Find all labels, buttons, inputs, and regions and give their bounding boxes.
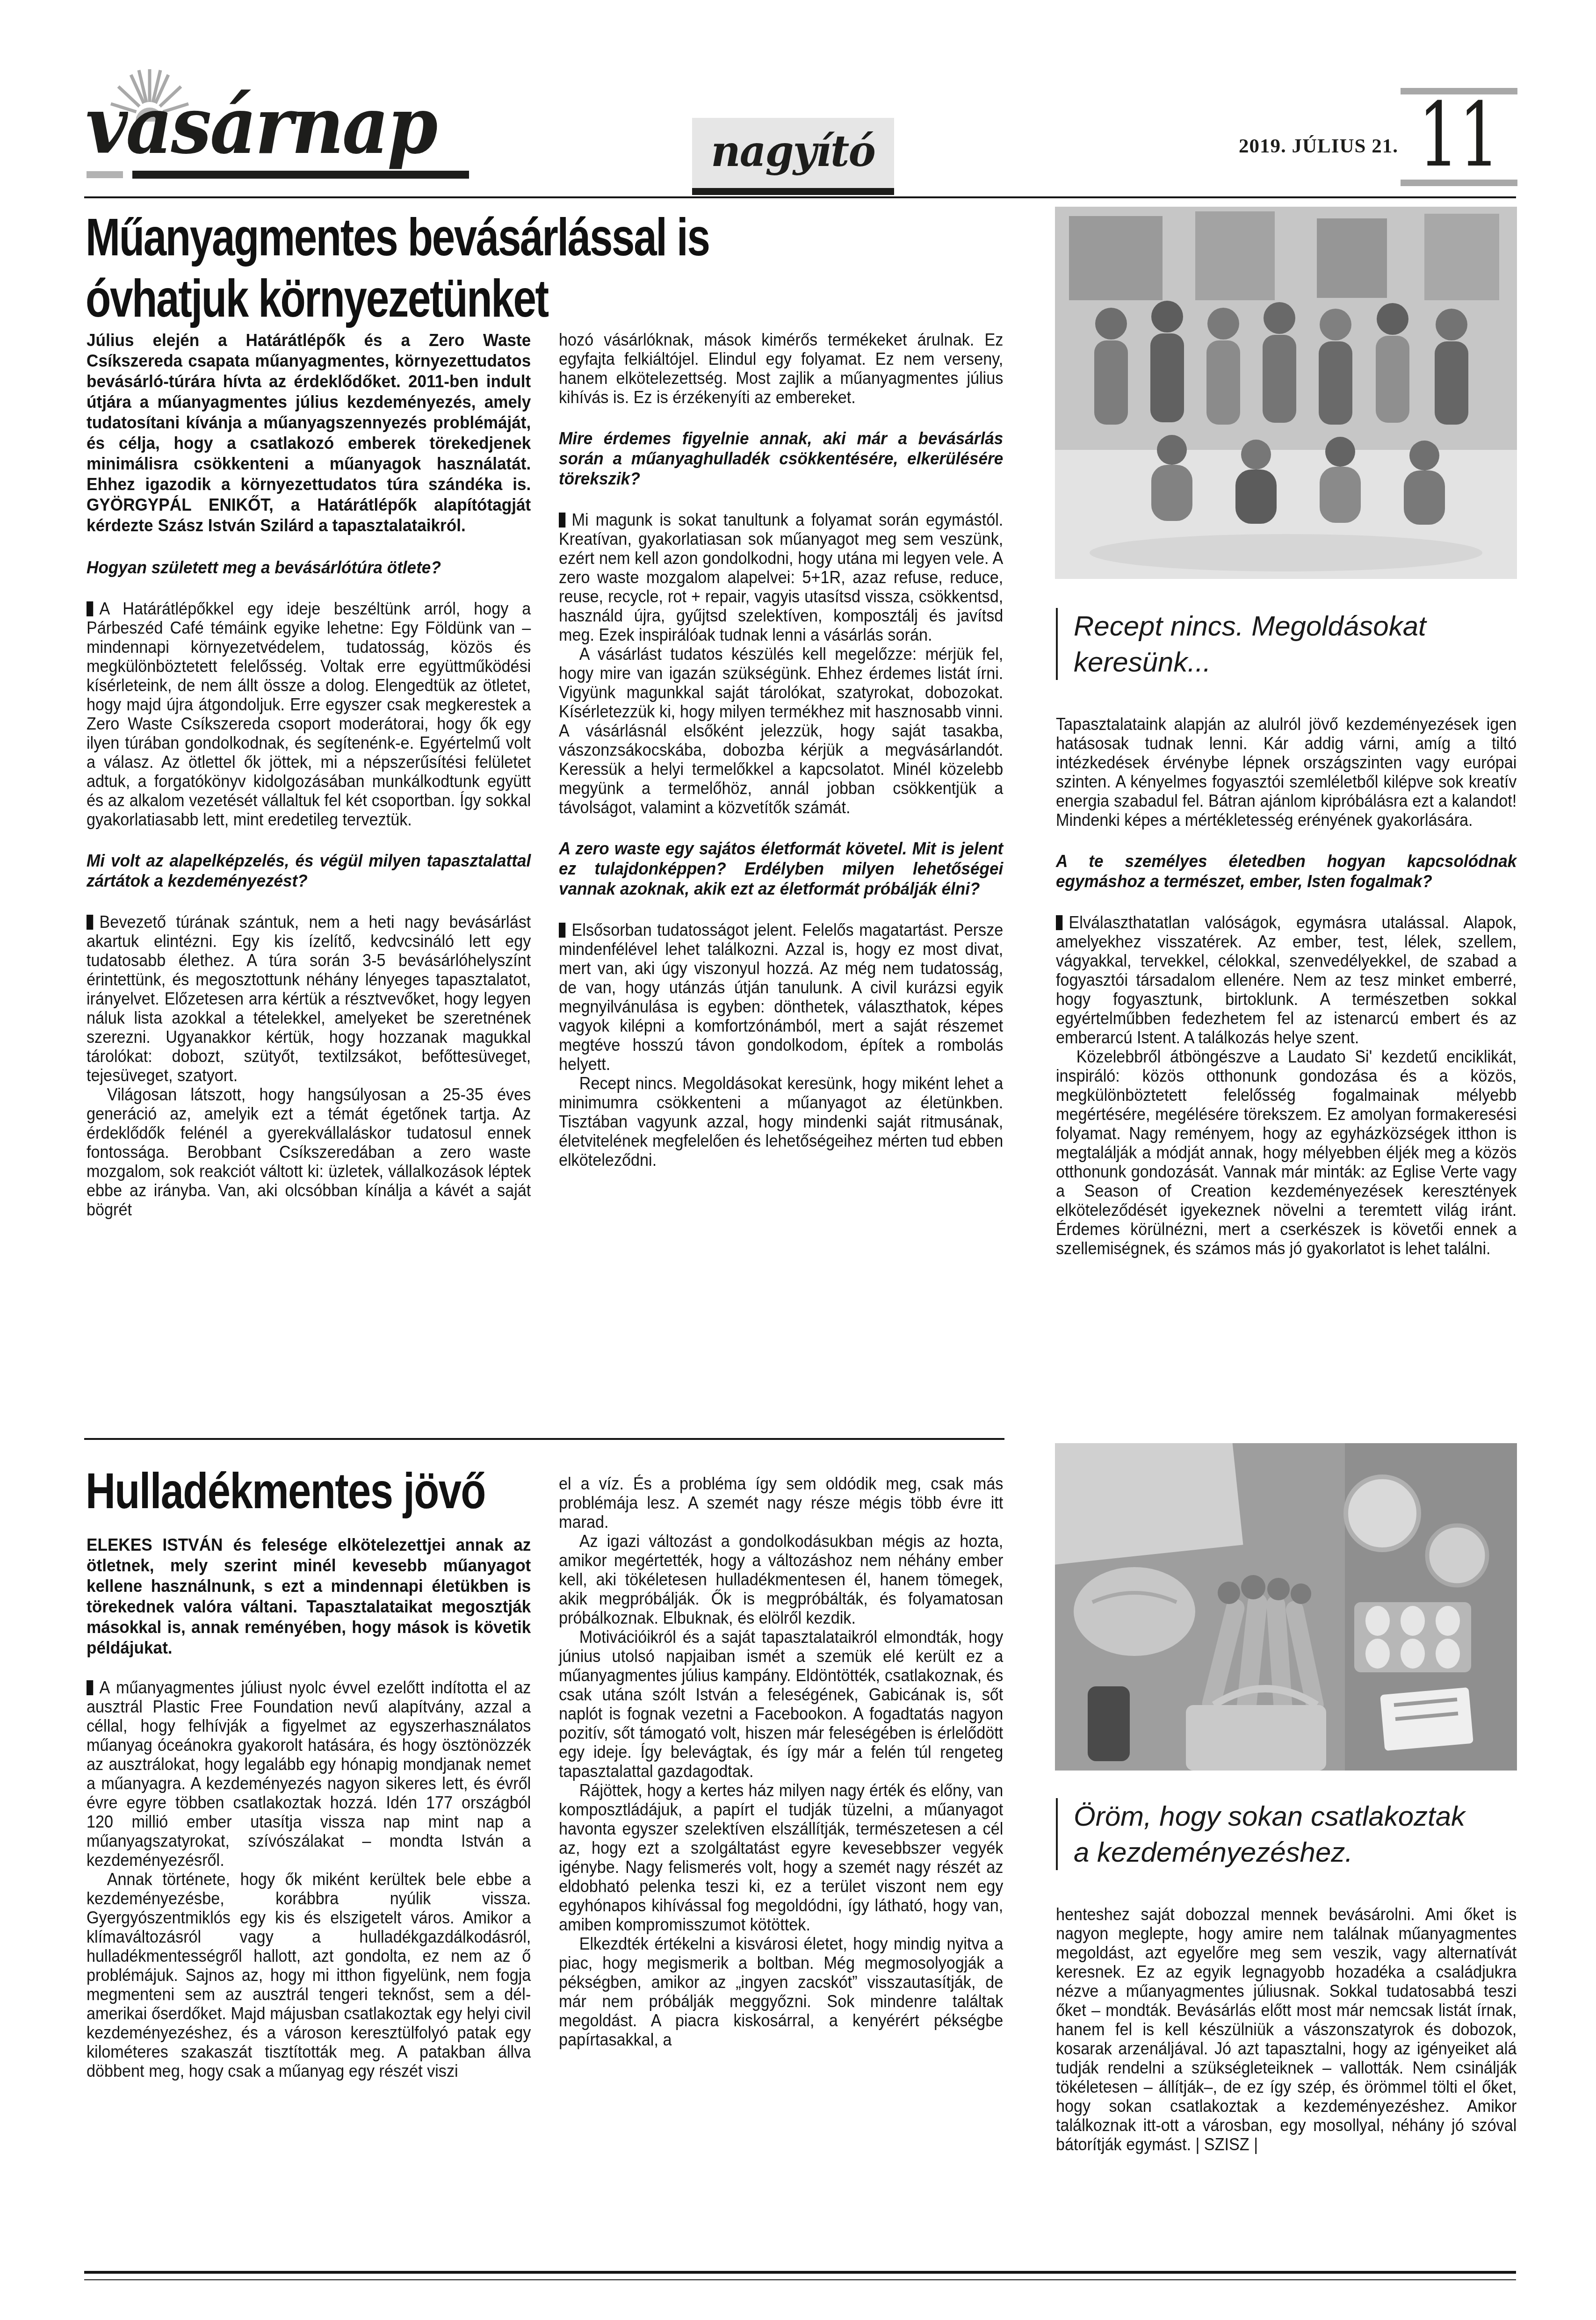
article1-answer-2-text: Bevezető túrának szántuk, nem a heti nag…	[87, 912, 531, 1085]
masthead-title: vasárnap	[86, 79, 436, 172]
article1-question-3: Mire érdemes figyelnie annak, aki már a …	[559, 428, 1003, 489]
answer-marker-icon	[1056, 915, 1062, 930]
article1-answer-5-cont: Közelebbről átböngészve a Laudato Si' ke…	[1056, 1047, 1517, 1258]
article1-answer-1-text: A Határátlépőkkel egy ideje beszéltünk a…	[87, 599, 531, 829]
article2-col2-p5: Elkezdték értékelni a kisvárosi életet, …	[559, 1934, 1003, 2049]
article2-pull-quote-line1: Öröm, hogy sokan csatlakoztak	[1074, 1798, 1517, 1834]
article1-col2-continuation: hozó vásárlóknak, mások kimérős termékek…	[559, 330, 1003, 407]
page-number-rule-bottom	[1401, 180, 1517, 186]
article2-pull-quote-line2: a kezdeményezéshez.	[1074, 1834, 1517, 1870]
article2-col1-p1: A műanyagmentes júliust nyolc évvel ezel…	[87, 1678, 531, 1870]
article1-pull-quote-line1: Recept nincs. Megoldásokat	[1074, 608, 1517, 644]
header-rule	[84, 196, 1516, 198]
article1-headline: Műanyagmentes bevásárlással is óvhatjuk …	[86, 207, 1019, 329]
masthead-logo: vasárnap	[86, 79, 506, 186]
article1-answer-4: Elsősorban tudatosságot jelent. Felelős …	[559, 920, 1003, 1074]
section-title: nagyító	[711, 118, 875, 184]
article1-lead: Július elején a Határátlépők és a Zero W…	[87, 330, 531, 536]
answer-marker-icon	[559, 923, 565, 938]
article1-answer-2: Bevezető túrának szántuk, nem a heti nag…	[87, 912, 531, 1085]
masthead-rule-gray	[87, 171, 123, 178]
article1-answer-5-text: Elválaszthatatlan valóságok, egymásra ut…	[1056, 913, 1517, 1047]
footer-rule-thick	[84, 2271, 1516, 2274]
article1-column-1: Július elején a Határátlépők és a Zero W…	[87, 330, 531, 1219]
article1-question-1: Hogyan született meg a bevásárlótúra ötl…	[87, 557, 531, 578]
article2-col2-p2: Az igazi változást a gondolkodásukban mé…	[559, 1532, 1003, 1627]
article1-headline-line2: óvhatjuk környezetünket	[86, 268, 1019, 329]
masthead-rule-black	[132, 171, 469, 179]
article1-pull-quote-line2: keresünk...	[1074, 644, 1517, 680]
article2-col2-p3: Motivációikról és a saját tapasztalataik…	[559, 1627, 1003, 1781]
footer-rule-thin	[84, 2279, 1516, 2280]
page-number-block: 11	[1401, 88, 1517, 186]
article1-col3-paragraph: Tapasztalataink alapján az alulról jövő …	[1056, 715, 1517, 830]
article1-column-2: hozó vásárlóknak, mások kimérős termékek…	[559, 330, 1003, 1170]
date-label: 2019. JÚLIUS 21.	[1146, 135, 1398, 158]
article1-answer-1: A Határátlépőkkel egy ideje beszéltünk a…	[87, 599, 531, 829]
answer-marker-icon	[559, 513, 565, 528]
page-number: 11	[1417, 91, 1501, 180]
article2-column-3: Öröm, hogy sokan csatlakoztak a kezdemén…	[1056, 1798, 1517, 2154]
article1-answer-4-text: Elsősorban tudatosságot jelent. Felelős …	[559, 920, 1003, 1074]
article1-answer-2-cont: Világosan látszott, hogy hangsúlyosan a …	[87, 1085, 531, 1219]
article2-pull-quote: Öröm, hogy sokan csatlakoztak a kezdemén…	[1056, 1798, 1517, 1870]
answer-marker-icon	[87, 601, 93, 616]
article1-column-3: Recept nincs. Megoldásokat keresünk... T…	[1056, 608, 1517, 1258]
section-badge: nagyító	[692, 118, 894, 195]
photo-zero-waste-groceries	[1055, 1443, 1517, 1771]
article1-question-2: Mi volt az alapelképzelés, és végül mily…	[87, 851, 531, 891]
article1-answer-3: Mi magunk is sokat tanultunk a folyamat …	[559, 510, 1003, 644]
newspaper-page: vasárnap nagyító 2019. JÚLIUS 21. 11 Műa…	[0, 0, 1596, 2320]
article2-col1-p1-text: A műanyagmentes júliust nyolc évvel ezel…	[87, 1678, 531, 1870]
article1-answer-3-cont: A vásárlást tudatos készülés kell megelő…	[559, 644, 1003, 817]
article2-col1-p2: Annak története, hogy ők miként kerültek…	[87, 1870, 531, 2081]
photo-shopping-tour-group	[1055, 207, 1517, 579]
article1-question-5: A te személyes életedben hogyan kapcsoló…	[1056, 851, 1517, 891]
article-divider-rule	[84, 1438, 1004, 1440]
answer-marker-icon	[87, 1680, 93, 1695]
article2-col2-p4: Rájöttek, hogy a kertes ház milyen nagy …	[559, 1781, 1003, 1934]
article1-question-4: A zero waste egy sajátos életformát köve…	[559, 838, 1003, 899]
article1-headline-line1: Műanyagmentes bevásárlással is	[86, 207, 1019, 268]
article2-column-1: ELEKES ISTVÁN és felesége elkötelezettje…	[87, 1535, 531, 2081]
article1-answer-3-text: Mi magunk is sokat tanultunk a folyamat …	[559, 510, 1003, 644]
article1-pull-quote: Recept nincs. Megoldásokat keresünk...	[1056, 608, 1517, 680]
article2-title: Hulladékmentes jövő	[86, 1463, 546, 1519]
article2-col3-paragraph: henteshez saját dobozzal mennek bevásáro…	[1056, 1905, 1517, 2154]
article1-answer-5: Elválaszthatatlan valóságok, egymásra ut…	[1056, 913, 1517, 1047]
article2-intro: ELEKES ISTVÁN és felesége elkötelezettje…	[87, 1535, 531, 1658]
article1-answer-4-cont: Recept nincs. Megoldásokat keresünk, hog…	[559, 1074, 1003, 1170]
article2-col2-p1: el a víz. És a probléma így sem oldódik …	[559, 1474, 1003, 1532]
answer-marker-icon	[87, 915, 93, 930]
article2-column-2: el a víz. És a probléma így sem oldódik …	[559, 1474, 1003, 2049]
